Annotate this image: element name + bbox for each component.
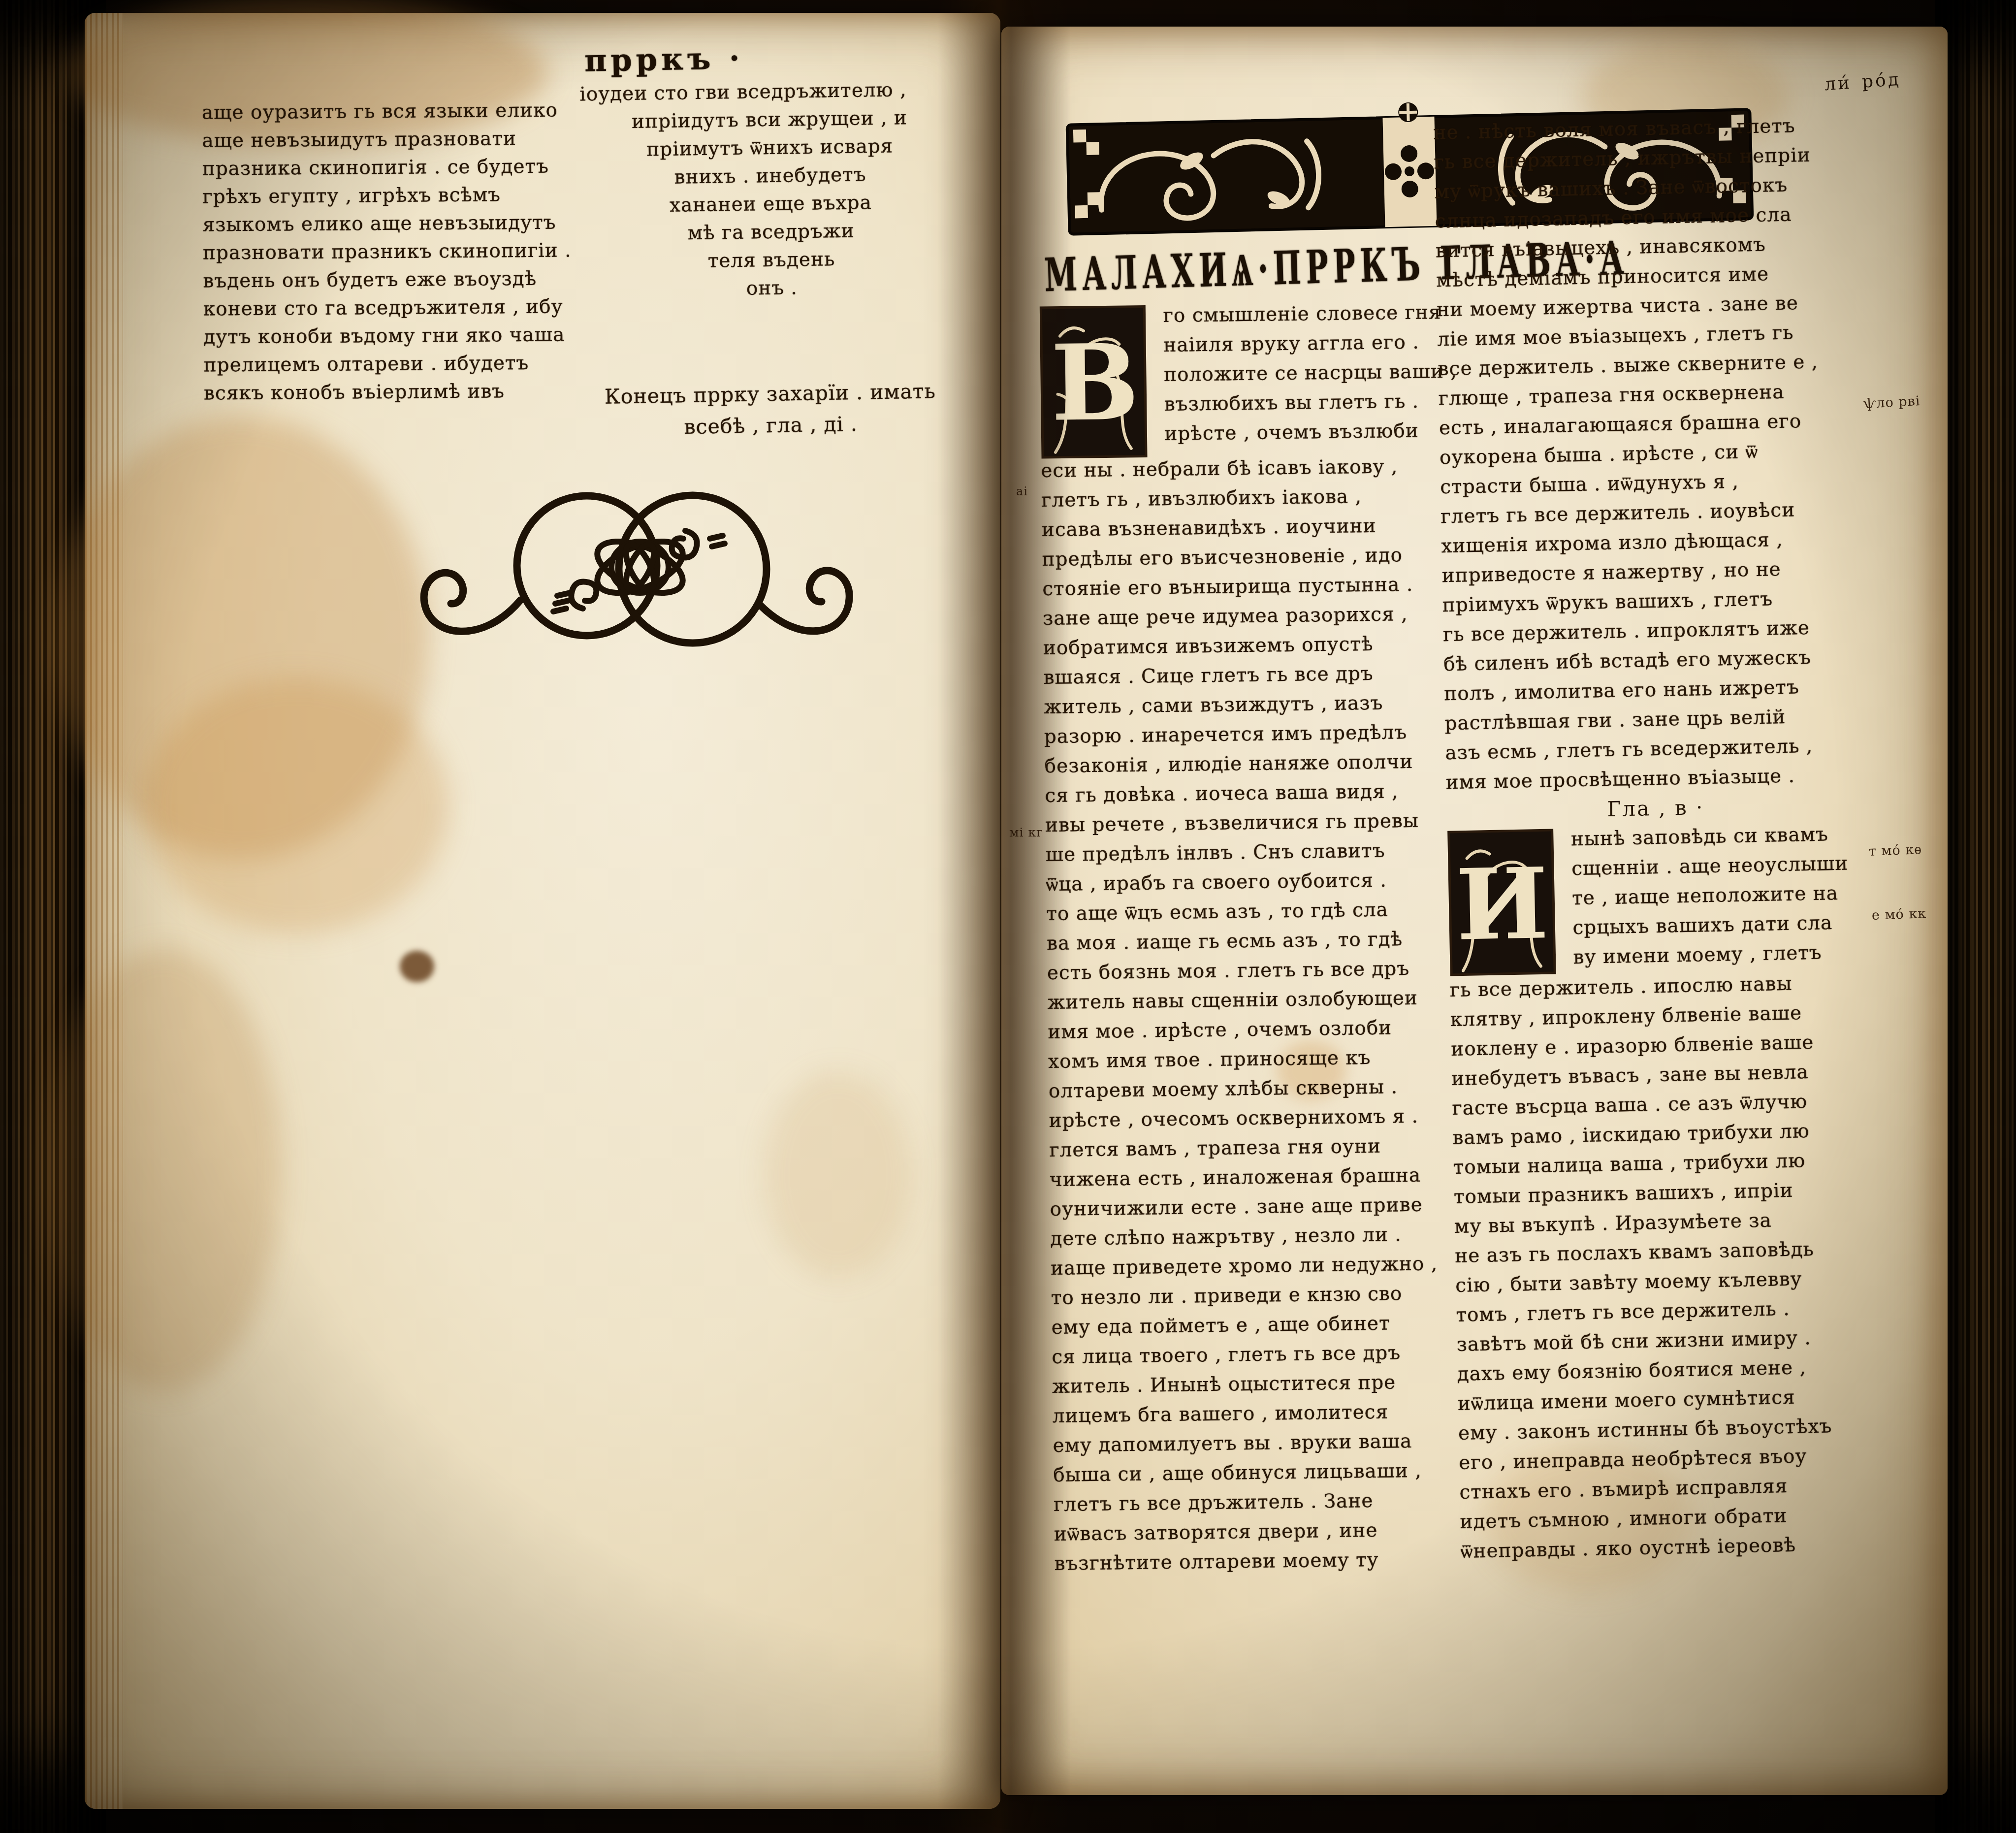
zechariah-colophon: Конецъ пррку захарїи . иматьвсебѣ , гла … [580,375,960,444]
zechariah-column-2: іоудеи сто гви вседръжителю , ипріидутъ … [579,75,961,305]
text-line: ипріидутъ вси жрущеи , и [580,103,960,137]
text-line: иаще приведете хромо ли недужно , [1051,1249,1457,1284]
text-line: исава възненавидѣхъ . иоучини [1041,511,1448,545]
text-line: ирѣсте , очесомъ осквернихомъ я . [1049,1101,1455,1136]
malachi-column-2: не . нѣсть воля моя въвасъ , глетъгь все… [1433,110,1879,1567]
text-line: срцыхъ вашихъ дати сла [1572,908,1867,943]
text-line: глется вамъ , трапеза гня оуни [1049,1131,1456,1165]
text-line: празника скинопигія . се будетъ [202,152,569,183]
text-line: прелицемъ олтареви . ибудетъ [203,349,570,379]
margin-note-ref: т мо́ кѳ [1868,842,1922,859]
text-line: аще оуразитъ гь вся языки елико [202,96,569,127]
zechariah-column-1: аще оуразитъ гь вся языки еликоаще невъз… [202,96,571,407]
text-line: лицемъ бга вашего , имолитеся [1052,1397,1459,1431]
open-book-photo: прркъ · аще оуразитъ гь вся языки еликоа… [0,0,2016,1833]
text-line: житель . Инынѣ оцыститеся пре [1052,1367,1459,1402]
margin-note-ref: е мо́ кк [1871,906,1926,923]
text-line: глетъ гь все дръжитель . Зане [1054,1485,1460,1520]
quire-mark: ли́ [1824,73,1853,95]
waterstain [144,677,449,933]
ornate-initial-icon: И [1447,828,1557,977]
left-page: прркъ · аще оуразитъ гь вся языки еликоа… [85,13,1000,1809]
zechariah-column-2-taper: ипріидутъ вси жрущеи , ипріимутъ ѿнихъ и… [580,103,961,305]
text-line: стояніе его въныирища пустынна . [1042,570,1449,604]
text-line: празновати празникъ скинопигіи . [203,236,570,267]
text-line: ѿца , ирабъ га своего оубоится . [1046,865,1452,900]
text-line: иобратимся ивъзижемъ опустѣ [1043,629,1449,663]
text-line: го смышленіе словесе гня [1163,298,1445,331]
text-line: имя мое . ирѣсте , очемъ озлоби [1048,1013,1454,1047]
folio-mark: ро́д [1861,69,1902,92]
text-line: языкомъ елико аще невъзыидутъ [202,208,569,239]
text-line: ся лица твоего , глетъ гь все дръ [1052,1338,1458,1372]
text-line: зане аще рече идумеа разорихся , [1043,599,1449,634]
drop-cap-letter: И [1455,846,1550,963]
text-line: чижена есть , иналоженая брашна [1050,1160,1456,1195]
folio-number: ли́ ро́д [1824,69,1901,95]
text-line: есть боязнь моя . глетъ гь все дръ [1047,954,1453,988]
text-line: ва моя . иаще гь есмь азъ , то гдѣ [1047,924,1453,959]
column-body: еси ны . небрали бѣ ісавъ іакову ,глетъ … [1041,451,1461,1579]
text-line: пріимутъ ѿнихъ исваря [580,131,960,165]
malachi-column-1: В го смышленіе словесе гнянаіиля вруку а… [1039,298,1461,1579]
text-line: наіиля вруку аггла его . [1163,327,1446,360]
text-line: всякъ конобъ въіерлимѣ ивъ [204,377,571,407]
indented-lines: го смышленіе словесе гнянаіиля вруку агг… [1163,298,1447,449]
text-line: то аще ѿцъ есмь азъ , то гдѣ сла [1046,895,1453,929]
text-line: хомъ имя твое . приносяще къ [1048,1042,1455,1077]
text-line: житель , сами възиждутъ , иазъ [1044,688,1450,722]
text-line: въдень онъ будетъ еже въоуздѣ [203,264,570,295]
text-line: коневи сто га вседръжителя , ибу [203,292,570,323]
column-body: гь все держитель . ипослю навыклятву , и… [1449,968,1879,1567]
text-line: ему еда пойметъ е , аще обинет [1051,1308,1458,1343]
text-line: ему дапомилуетъ вы . вруки ваша [1053,1426,1459,1461]
text-line: иѿвасъ затворятся двери , ине [1054,1515,1460,1549]
drop-cap-letter: В [1050,321,1140,445]
text-line: хананеи еще въхра [581,188,960,221]
interlaced-knot-tailpiece-icon [410,480,863,657]
running-header: прркъ · [584,40,744,79]
text-line: възлюбихъ вы глетъ гь . [1164,386,1446,419]
text-line: разорю . инаречется имъ предѣлъ [1044,717,1451,752]
chapter-2-opening: И нынѣ заповѣдь си квамъсщенніи . аще не… [1446,819,1868,976]
text-line: аще невъзыидутъ празновати [202,124,569,155]
text-line: быша си , аще обинуся лицьваши , [1053,1456,1460,1490]
text-line: іоудеи сто гви вседръжителю , [579,75,959,109]
text-line: теля въдень [582,244,961,277]
foxing [764,1071,912,1278]
waterstain [55,417,429,860]
text-line: възгнѣтите олтареви моему ту [1054,1544,1461,1579]
text-line: житель навы сщенніи озлобующеи [1047,983,1454,1018]
text-line: дете слѣпо нажрътву , незло ли . [1050,1220,1457,1254]
text-line: ивы речете , възвеличися гь превы [1045,806,1452,840]
text-line: безаконія , илюдіе наняже ополчи [1044,747,1451,781]
column-body: не . нѣсть воля моя въвасъ , глетъгь все… [1433,110,1864,798]
chapter-1-opening: В го смышленіе словесе гнянаіиля вруку а… [1039,298,1447,456]
text-line: ся гь довѣка . иочеса ваша видя , [1045,776,1451,811]
text-line: грѣхъ егупту , игрѣхъ всѣмъ [202,180,569,211]
margin-note-ref: аі [1016,484,1028,498]
text-line: мѣ га вседръжи [581,216,961,249]
text-line: ирѣсте , очемъ възлюби [1164,416,1447,449]
text-line: то незло ли . приведи е кнзю сво [1051,1279,1458,1313]
ornate-initial-icon: В [1039,304,1148,459]
text-line: онъ . [582,272,961,305]
text-line: положите се насрцы ваши , [1164,357,1446,390]
text-line: дутъ коноби въдому гни яко чаша [203,321,570,351]
margin-note-ref: мі кг [1009,825,1043,839]
indented-lines: нынѣ заповѣдь си квамъсщенніи . аще неоу… [1570,819,1868,972]
margin-note-psalm-ref: ѱло рві [1863,393,1920,412]
text-line: оуничижили есте . зане аще приве [1050,1190,1456,1224]
text-line: глетъ гь , ивъзлюбихъ іакова , [1041,481,1448,515]
right-page: ли́ ро́д [1001,27,1948,1795]
text-line: Конецъ пррку захарїи . имать [580,375,960,413]
text-line: ву имени моему , глетъ [1573,937,1868,972]
text-line: олтареви моему хлѣбы скверны . [1048,1072,1455,1106]
text-line: всебѣ , гла , ді . [581,406,960,444]
ink-spot [400,951,434,982]
text-line: внихъ . инебудетъ [580,160,960,193]
text-line: вшаяся . Сице глетъ гь все дръ [1043,658,1450,693]
text-line: ше предѣлъ інлвъ . Снъ славитъ [1046,836,1452,870]
text-line: предѣлы его въисчезновеніе , идо [1042,540,1448,575]
